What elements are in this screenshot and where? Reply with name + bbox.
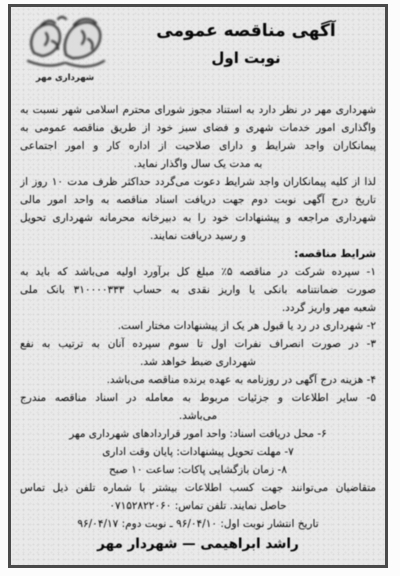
municipality-emblem-icon bbox=[22, 13, 108, 71]
body-text-line: ۳- در صورت انصراف نفرات اول تا سوم سپرده… bbox=[20, 335, 376, 353]
body-text-line: ۴- هزینه درج آگهی در روزنامه به عهده برن… bbox=[20, 371, 376, 389]
tender-notice-document: آگهی مناقصه عمومی نوبت اول bbox=[8, 4, 388, 568]
body-text-line: لذا از کلیه پیمانکاران واجد شرایط دعوت م… bbox=[20, 173, 376, 191]
notice-body-text: شهرداری مهر در نظر دارد به استناد مجوز ش… bbox=[11, 97, 385, 533]
mayor-signature-line: راشد ابراهیمی — شهردار مهر bbox=[11, 536, 385, 552]
municipality-logo: شهرداری مهر bbox=[17, 11, 113, 83]
municipality-name-caption: شهرداری مهر bbox=[17, 73, 113, 83]
body-text-line: تاریخ درج آگهی نوبت دوم جهت دریافت اسناد… bbox=[20, 191, 376, 209]
body-text-line: ۵- سایر اطلاعات و جزئیات مربوط به معامله… bbox=[20, 389, 376, 407]
body-text-line: واگذاری امور خدمات شهری و فضای سبز خود ا… bbox=[20, 119, 376, 137]
body-text-line: ۷- مهلت تحویل پیشنهادات: پایان وقت اداری bbox=[20, 443, 376, 461]
scanned-tender-notice-page: { "header": { "logo_caption": "شهرداری م… bbox=[0, 0, 400, 576]
body-text-line: ۱- سپرده شرکت در مناقصه ۵٪ مبلغ کل برآور… bbox=[20, 263, 376, 281]
body-text-line: ۶- محل دریافت اسناد: واحد امور قراردادها… bbox=[20, 425, 376, 443]
body-text-line: به مدت یک سال واگذار نماید. bbox=[20, 155, 376, 173]
body-text-line: شهرداری ضبط خواهد شد. bbox=[20, 353, 376, 371]
body-text-line: ۸- زمان بازگشایی پاکات: ساعت ۱۰ صبح bbox=[20, 461, 376, 479]
body-text-line: متقاضیان می‌توانند جهت کسب اطلاعات بیشتر… bbox=[20, 479, 376, 497]
body-text-line: شهرداری مراجعه و پیشنهادات خود را به دبی… bbox=[20, 209, 376, 227]
notice-title-block: آگهی مناقصه عمومی نوبت اول bbox=[113, 11, 379, 67]
notice-title: آگهی مناقصه عمومی bbox=[113, 21, 379, 41]
body-text-line: صورت ضمانتنامه بانکی یا واریز نقدی به حس… bbox=[20, 281, 376, 299]
notice-header: آگهی مناقصه عمومی نوبت اول bbox=[11, 7, 385, 97]
body-text-line: شعبه مهر واریز گردد. bbox=[20, 299, 376, 317]
body-text-line: می‌باشد. bbox=[20, 407, 376, 425]
body-text-line: ۲- شهرداری در رد یا قبول هر یک از پیشنها… bbox=[20, 317, 376, 335]
body-text-line: پیمانکاران واجد شرایط و دارای صلاحیت از … bbox=[20, 137, 376, 155]
body-text-line: تاریخ انتشار نوبت اول: ۹۶/۰۴/۱۰ ـ نوبت د… bbox=[20, 515, 376, 533]
body-text-line: و رسید دریافت نمایند. bbox=[20, 227, 376, 245]
notice-subtitle-round: نوبت اول bbox=[113, 49, 379, 67]
body-text-line: حاصل نمایند. تلفن تماس: ۰۷۱۵۲۸۲۲۰۶۰ bbox=[20, 497, 376, 515]
body-text-line: شرایط مناقصه: bbox=[20, 245, 376, 263]
body-text-line: شهرداری مهر در نظر دارد به استناد مجوز ش… bbox=[20, 101, 376, 119]
